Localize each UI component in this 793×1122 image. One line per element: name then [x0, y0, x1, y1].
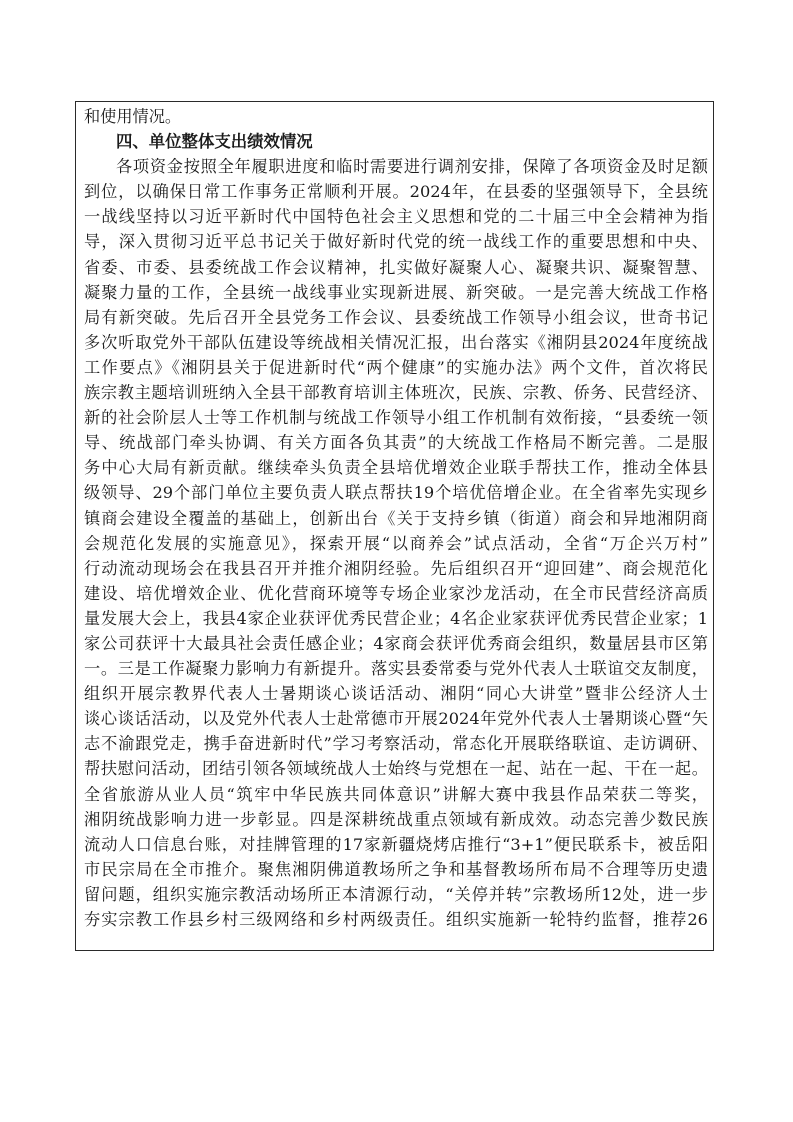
paragraph-line: 市民宗局在全市推介。聚焦湘阴佛道教场所之争和基督教场所布局不合理等历史遗 — [84, 857, 708, 882]
paragraph-line: 行动流动现场会在我县召开并推介湘阴经验。先后组织召开“迎回建”、商会规范化 — [84, 556, 708, 581]
paragraph-line: 务中心大局有新贡献。继续牵头负责全县培优增效企业联手帮扶工作，推动全体县 — [84, 455, 708, 480]
document-body: 和使用情况。 四、单位整体支出绩效情况 各项资金按照全年履职进度和临时需要进行调… — [84, 104, 708, 932]
paragraph-line: 镇商会建设全覆盖的基础上，创新出台《关于支持乡镇（街道）商会和异地湘阴商 — [84, 506, 708, 531]
paragraph-line: 谈心谈话活动，以及党外代表人士赴常德市开展2024年党外代表人士暑期谈心暨“矢 — [84, 706, 708, 731]
paragraph-line: 组织开展宗教界代表人士暑期谈心谈话活动、湘阴“同心大讲堂”暨非公经济人士 — [84, 681, 708, 706]
paragraph-line: 一。三是工作凝聚力影响力有新提升。落实县委常委与党外代表人士联谊交友制度， — [84, 656, 708, 681]
paragraph-line: 建设、培优增效企业、优化营商环境等专场企业家沙龙活动，在全市民营经济高质 — [84, 581, 708, 606]
paragraph-line: 导、统战部门牵头协调、有关方面各负其责”的大统战工作格局不断完善。二是服 — [84, 430, 708, 455]
paragraph-line: 留问题，组织实施宗教活动场所正本清源行动，“关停并转”宗教场所12处，进一步 — [84, 882, 708, 907]
paragraph-line: 会规范化发展的实施意见》，探索开展“以商养会”试点活动，全省“万企兴万村” — [84, 531, 708, 556]
paragraph-line: 全省旅游从业人员“筑牢中华民族共同体意识”讲解大赛中我县作品荣获二等奖， — [84, 782, 708, 807]
paragraph-line: 到位，以确保日常工作事务正常顺利开展。2024年，在县委的坚强领导下，全县统 — [84, 179, 708, 204]
paragraph-line: 夯实宗教工作县乡村三级网络和乡村两级责任。组织实施新一轮特约监督，推荐26 — [84, 907, 708, 932]
paragraph-line: 流动人口信息台账，对挂牌管理的17家新疆烧烤店推行“3+1”便民联系卡，被岳阳 — [84, 832, 708, 857]
paragraph-line: 凝聚力量的工作，全县统一战线事业实现新进展、新突破。一是完善大统战工作格 — [84, 280, 708, 305]
paragraph-line: 各项资金按照全年履职进度和临时需要进行调剂安排，保障了各项资金及时足额 — [84, 154, 708, 179]
paragraph-line: 工作要点》《湘阴县关于促进新时代“两个健康”的实施办法》两个文件，首次将民 — [84, 355, 708, 380]
performance-paragraph: 各项资金按照全年履职进度和临时需要进行调剂安排，保障了各项资金及时足额 到位，以… — [84, 154, 708, 932]
paragraph-line: 志不渝跟党走，携手奋进新时代”学习考察活动，常态化开展联络联谊、走访调研、 — [84, 731, 708, 756]
paragraph-line: 局有新突破。先后召开全县党务工作会议、县委统战工作领导小组会议，世奇书记 — [84, 305, 708, 330]
paragraph-line: 家公司获评十大最具社会责任感企业；4家商会获评优秀商会组织，数量居县市区第 — [84, 631, 708, 656]
paragraph-line: 导，深入贯彻习近平总书记关于做好新时代党的统一战线工作的重要思想和中央、 — [84, 229, 708, 254]
paragraph-line: 帮扶慰问活动，团结引领各领域统战人士始终与党想在一起、站在一起、干在一起。 — [84, 756, 708, 781]
paragraph-line: 省委、市委、县委统战工作会议精神，扎实做好凝聚人心、凝聚共识、凝聚智慧、 — [84, 255, 708, 280]
paragraph-line: 级领导、29个部门单位主要负责人联点帮扶19个培优倍增企业。在全省率先实现乡 — [84, 480, 708, 505]
paragraph-line: 新的社会阶层人士等工作机制与统战工作领导小组工作机制有效衔接，“县委统一领 — [84, 405, 708, 430]
section-heading: 四、单位整体支出绩效情况 — [84, 129, 708, 154]
paragraph-line: 湘阴统战影响力进一步彰显。四是深耕统战重点领域有新成效。动态完善少数民族 — [84, 807, 708, 832]
paragraph-line: 族宗教主题培训班纳入全县干部教育培训主体班次，民族、宗教、侨务、民营经济、 — [84, 380, 708, 405]
lead-line: 和使用情况。 — [84, 104, 708, 129]
paragraph-line: 量发展大会上，我县4家企业获评优秀民营企业；4名企业家获评优秀民营企业家；1 — [84, 606, 708, 631]
paragraph-line: 多次听取党外干部队伍建设等统战相关情况汇报，出台落实《湘阴县2024年度统战 — [84, 330, 708, 355]
paragraph-line: 一战线坚持以习近平新时代中国特色社会主义思想和党的二十届三中全会精神为指 — [84, 204, 708, 229]
